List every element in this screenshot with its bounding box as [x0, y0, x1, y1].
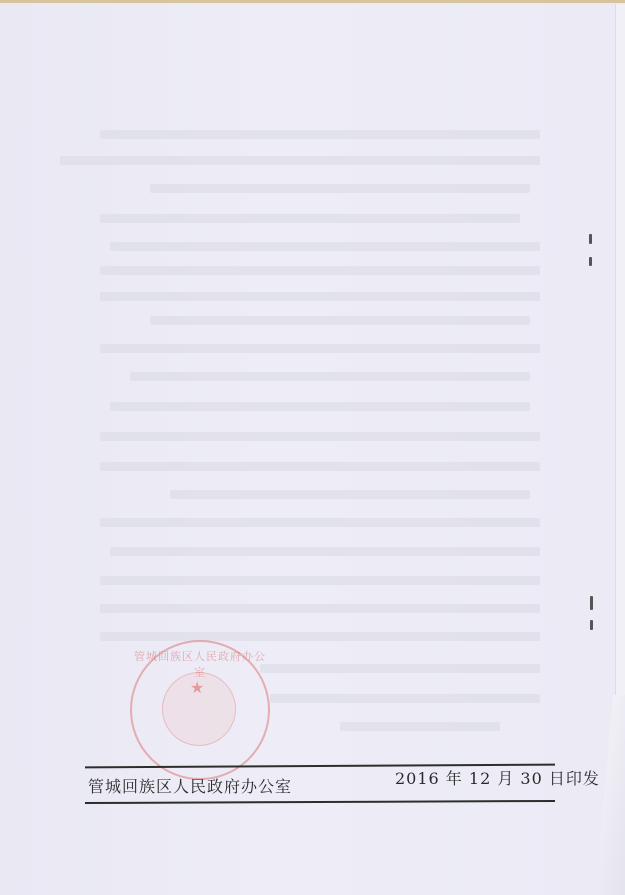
- bleed-through-text: [110, 242, 540, 251]
- bleed-through-text: [100, 632, 540, 641]
- bleed-through-text: [100, 432, 540, 441]
- issue-date: 2016 年 12 月 30 日印发: [395, 766, 600, 789]
- bleed-through-text: [340, 722, 500, 731]
- bleed-through-text: [130, 372, 530, 381]
- bleed-through-text: [260, 664, 540, 673]
- staple-mark: [589, 234, 592, 244]
- bleed-through-text: [150, 316, 530, 325]
- scanner-top-edge: [0, 0, 625, 3]
- bleed-through-text: [100, 576, 540, 585]
- bleed-through-text: [60, 156, 540, 165]
- bleed-through-text: [100, 518, 540, 527]
- bleed-through-text: [150, 184, 530, 193]
- bleed-through-text: [100, 214, 520, 223]
- staple-mark: [589, 257, 592, 266]
- bleed-through-text: [100, 344, 540, 353]
- bleed-through-text: [100, 462, 540, 471]
- official-seal: 管城回族区人民政府办公室 ★: [130, 640, 270, 780]
- bleed-through-text: [270, 694, 540, 703]
- bleed-through-text: [100, 604, 540, 613]
- bleed-through-text: [100, 292, 540, 301]
- bleed-through-text: [110, 402, 530, 411]
- star-icon: ★: [190, 678, 204, 697]
- bleed-through-text: [100, 130, 540, 139]
- bleed-through-text: [170, 490, 530, 499]
- issuing-office: 管城回族区人民政府办公室: [88, 774, 292, 797]
- bleed-through-text: [100, 266, 540, 275]
- bleed-through-text: [110, 547, 540, 556]
- staple-mark: [590, 596, 593, 610]
- document-page: [0, 4, 615, 895]
- staple-mark: [590, 620, 593, 630]
